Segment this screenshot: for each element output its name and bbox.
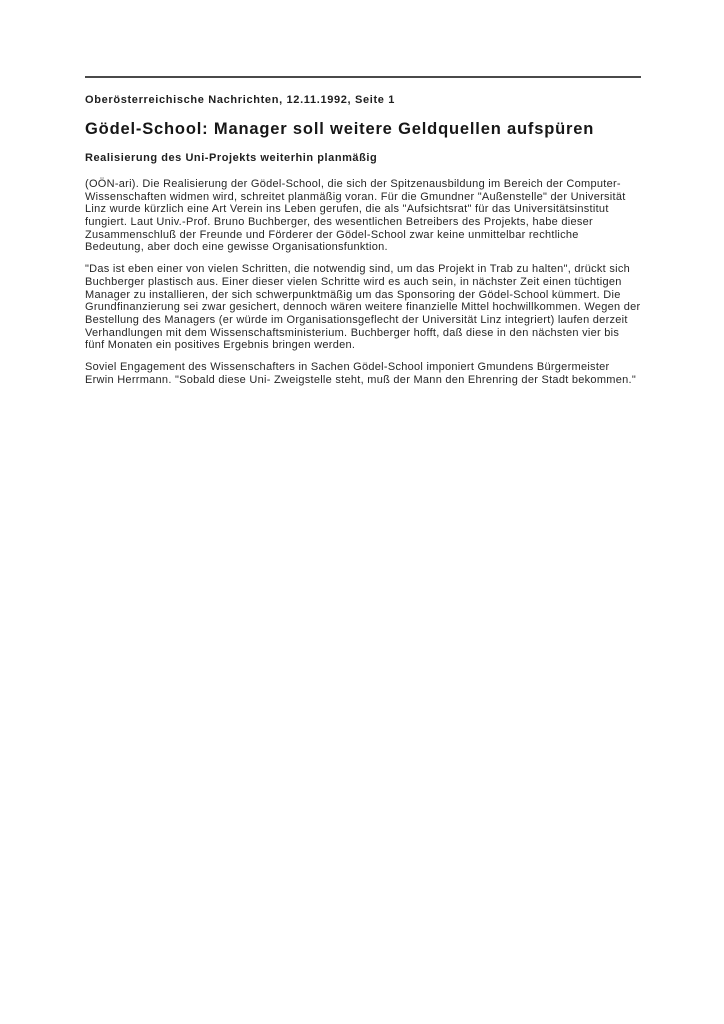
top-rule xyxy=(85,76,641,78)
source-line: Oberösterreichische Nachrichten, 12.11.1… xyxy=(85,94,641,106)
article-subtitle: Realisierung des Uni-Projekts weiterhin … xyxy=(85,152,641,164)
article-body: (OÖN-ari). Die Realisierung der Gödel-Sc… xyxy=(85,178,641,387)
article-paragraph-3: Soviel Engagement des Wissenschafters in… xyxy=(85,361,641,386)
article-paragraph-2: "Das ist eben einer von vielen Schritten… xyxy=(85,263,641,352)
article-title: Gödel-School: Manager soll weitere Geldq… xyxy=(85,120,641,139)
document-page: Oberösterreichische Nachrichten, 12.11.1… xyxy=(85,0,641,396)
article-paragraph-1: (OÖN-ari). Die Realisierung der Gödel-Sc… xyxy=(85,178,641,254)
